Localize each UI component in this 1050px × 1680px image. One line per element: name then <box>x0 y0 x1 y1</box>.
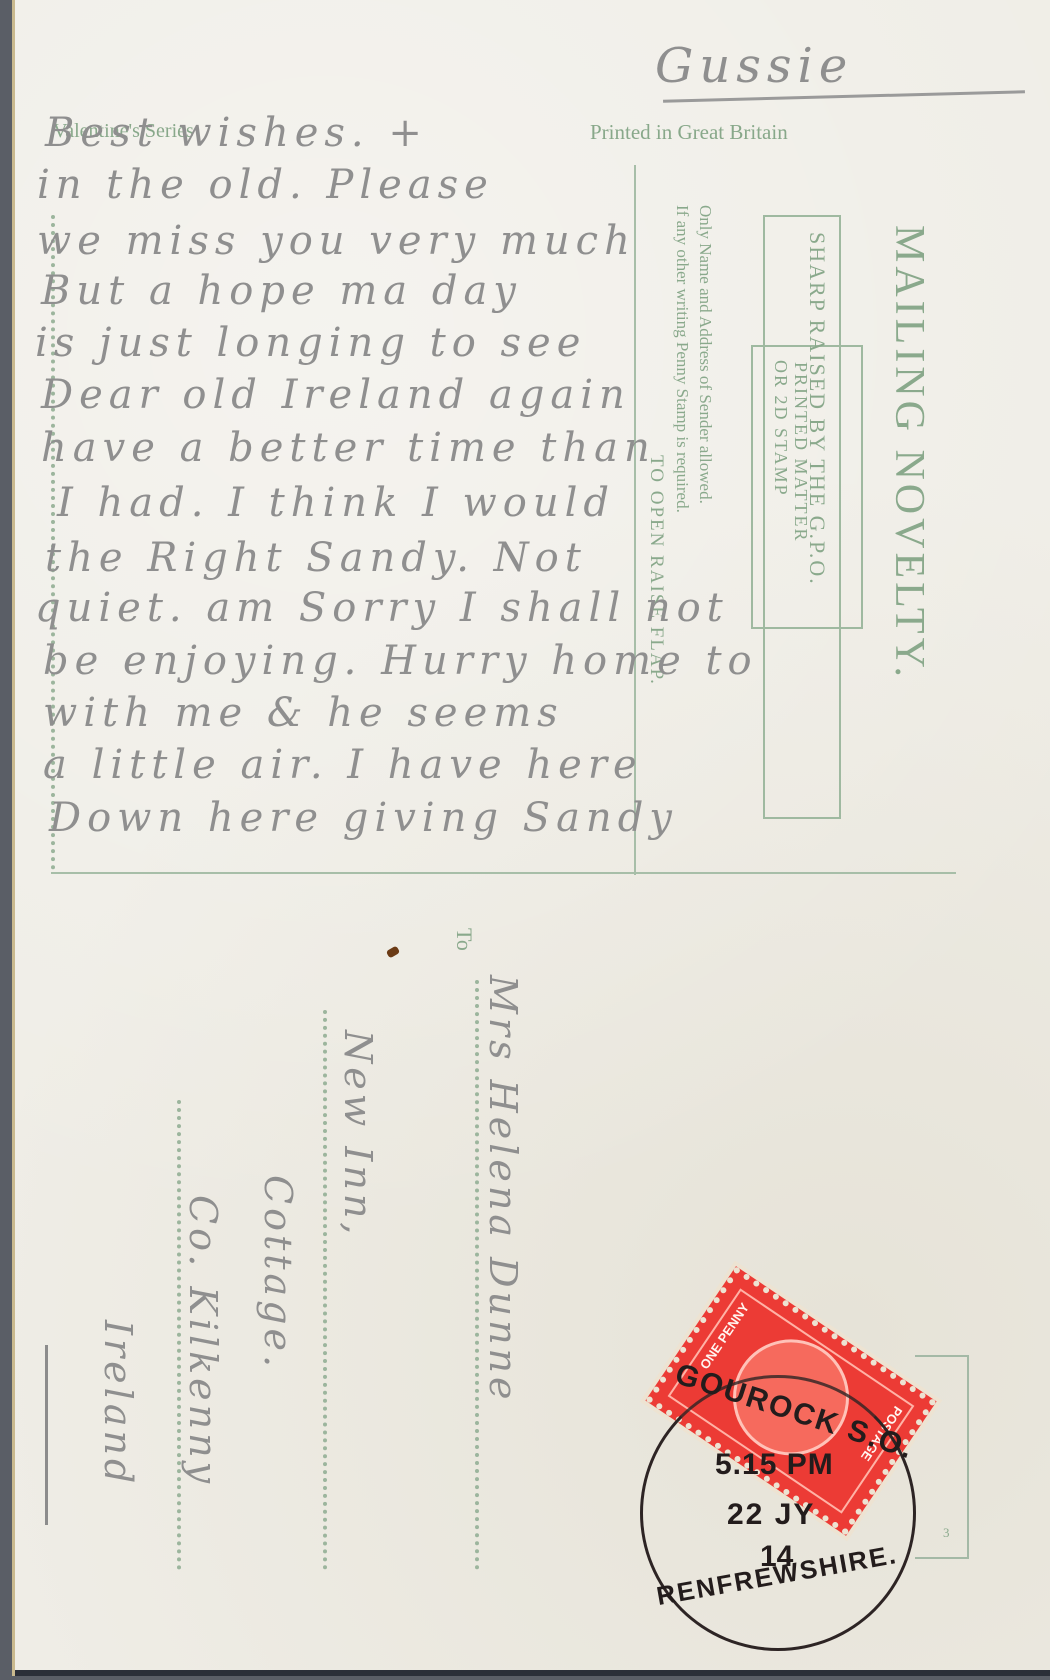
penny-stamp-notice: If any other writing Penny Stamp is requ… <box>672 205 692 513</box>
address-line4: Co. Kilkenny <box>181 1195 225 1487</box>
message-line: Down here giving Sandy <box>49 795 678 841</box>
message-line: a little air. I have here <box>43 742 643 788</box>
message-line: we miss you very much <box>37 218 636 264</box>
printed-matter-label: PRINTED MATTER <box>790 362 811 543</box>
address-line5: Ireland <box>96 1320 140 1487</box>
address-underline <box>45 1345 48 1525</box>
stamp-placement-box <box>915 1355 969 1559</box>
postmark-date: 22 JY <box>727 1498 815 1532</box>
horizontal-divider <box>51 872 956 874</box>
message-line: quiet. am Sorry I shall not <box>35 585 729 631</box>
or-stamp-label: OR 2D STAMP <box>770 360 791 497</box>
address-recipient: Mrs Helena Dunne <box>481 975 525 1404</box>
message-line: with me & he seems <box>43 690 564 736</box>
mailing-novelty-title: MAILING NOVELTY. <box>885 225 933 681</box>
message-line: in the old. Please <box>37 162 494 208</box>
address-to-label: To <box>451 928 477 951</box>
only-name-notice: Only Name and Address of Sender allowed. <box>695 205 715 504</box>
message-line: But a hope ma day <box>41 268 522 314</box>
address-line-2 <box>323 1010 331 1570</box>
message-line: Best wishes. + <box>45 110 428 156</box>
message-line: the Right Sandy. Not <box>45 535 587 581</box>
message-line: Dear old Ireland again <box>41 372 631 418</box>
message-line: have a better time than <box>41 425 656 471</box>
postmark-time: 5.15 PM <box>715 1448 834 1482</box>
ink-stain <box>386 946 400 959</box>
message-line: is just longing to see <box>35 320 586 366</box>
postcard-back: Valentine's Series Printed in Great Brit… <box>12 0 1050 1676</box>
signature-gussie: Gussie <box>655 38 853 94</box>
printed-in-label: Printed in Great Britain <box>590 120 788 145</box>
address-line2: New Inn, <box>336 1030 380 1238</box>
address-line3: Cottage. <box>256 1175 300 1371</box>
stamp-box-number: 3 <box>943 1525 950 1541</box>
message-line: I had. I think I would <box>57 480 615 526</box>
message-line: be enjoying. Hurry home to <box>43 638 758 684</box>
